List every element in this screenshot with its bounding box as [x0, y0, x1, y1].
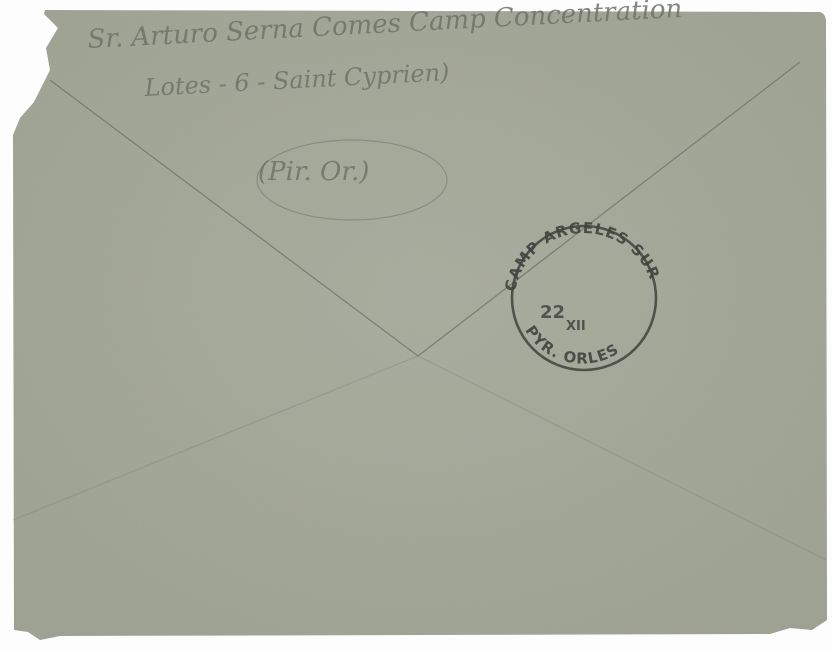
postmark-day: 22 — [540, 302, 565, 323]
photo-stage: Sr. Arturo Serna Comes Camp Concentratio… — [0, 0, 832, 650]
envelope-back: Sr. Arturo Serna Comes Camp Concentratio… — [0, 0, 832, 650]
handwriting-line-3: (Pir. Or.) — [258, 157, 369, 187]
postmark-month: XII — [566, 319, 586, 334]
